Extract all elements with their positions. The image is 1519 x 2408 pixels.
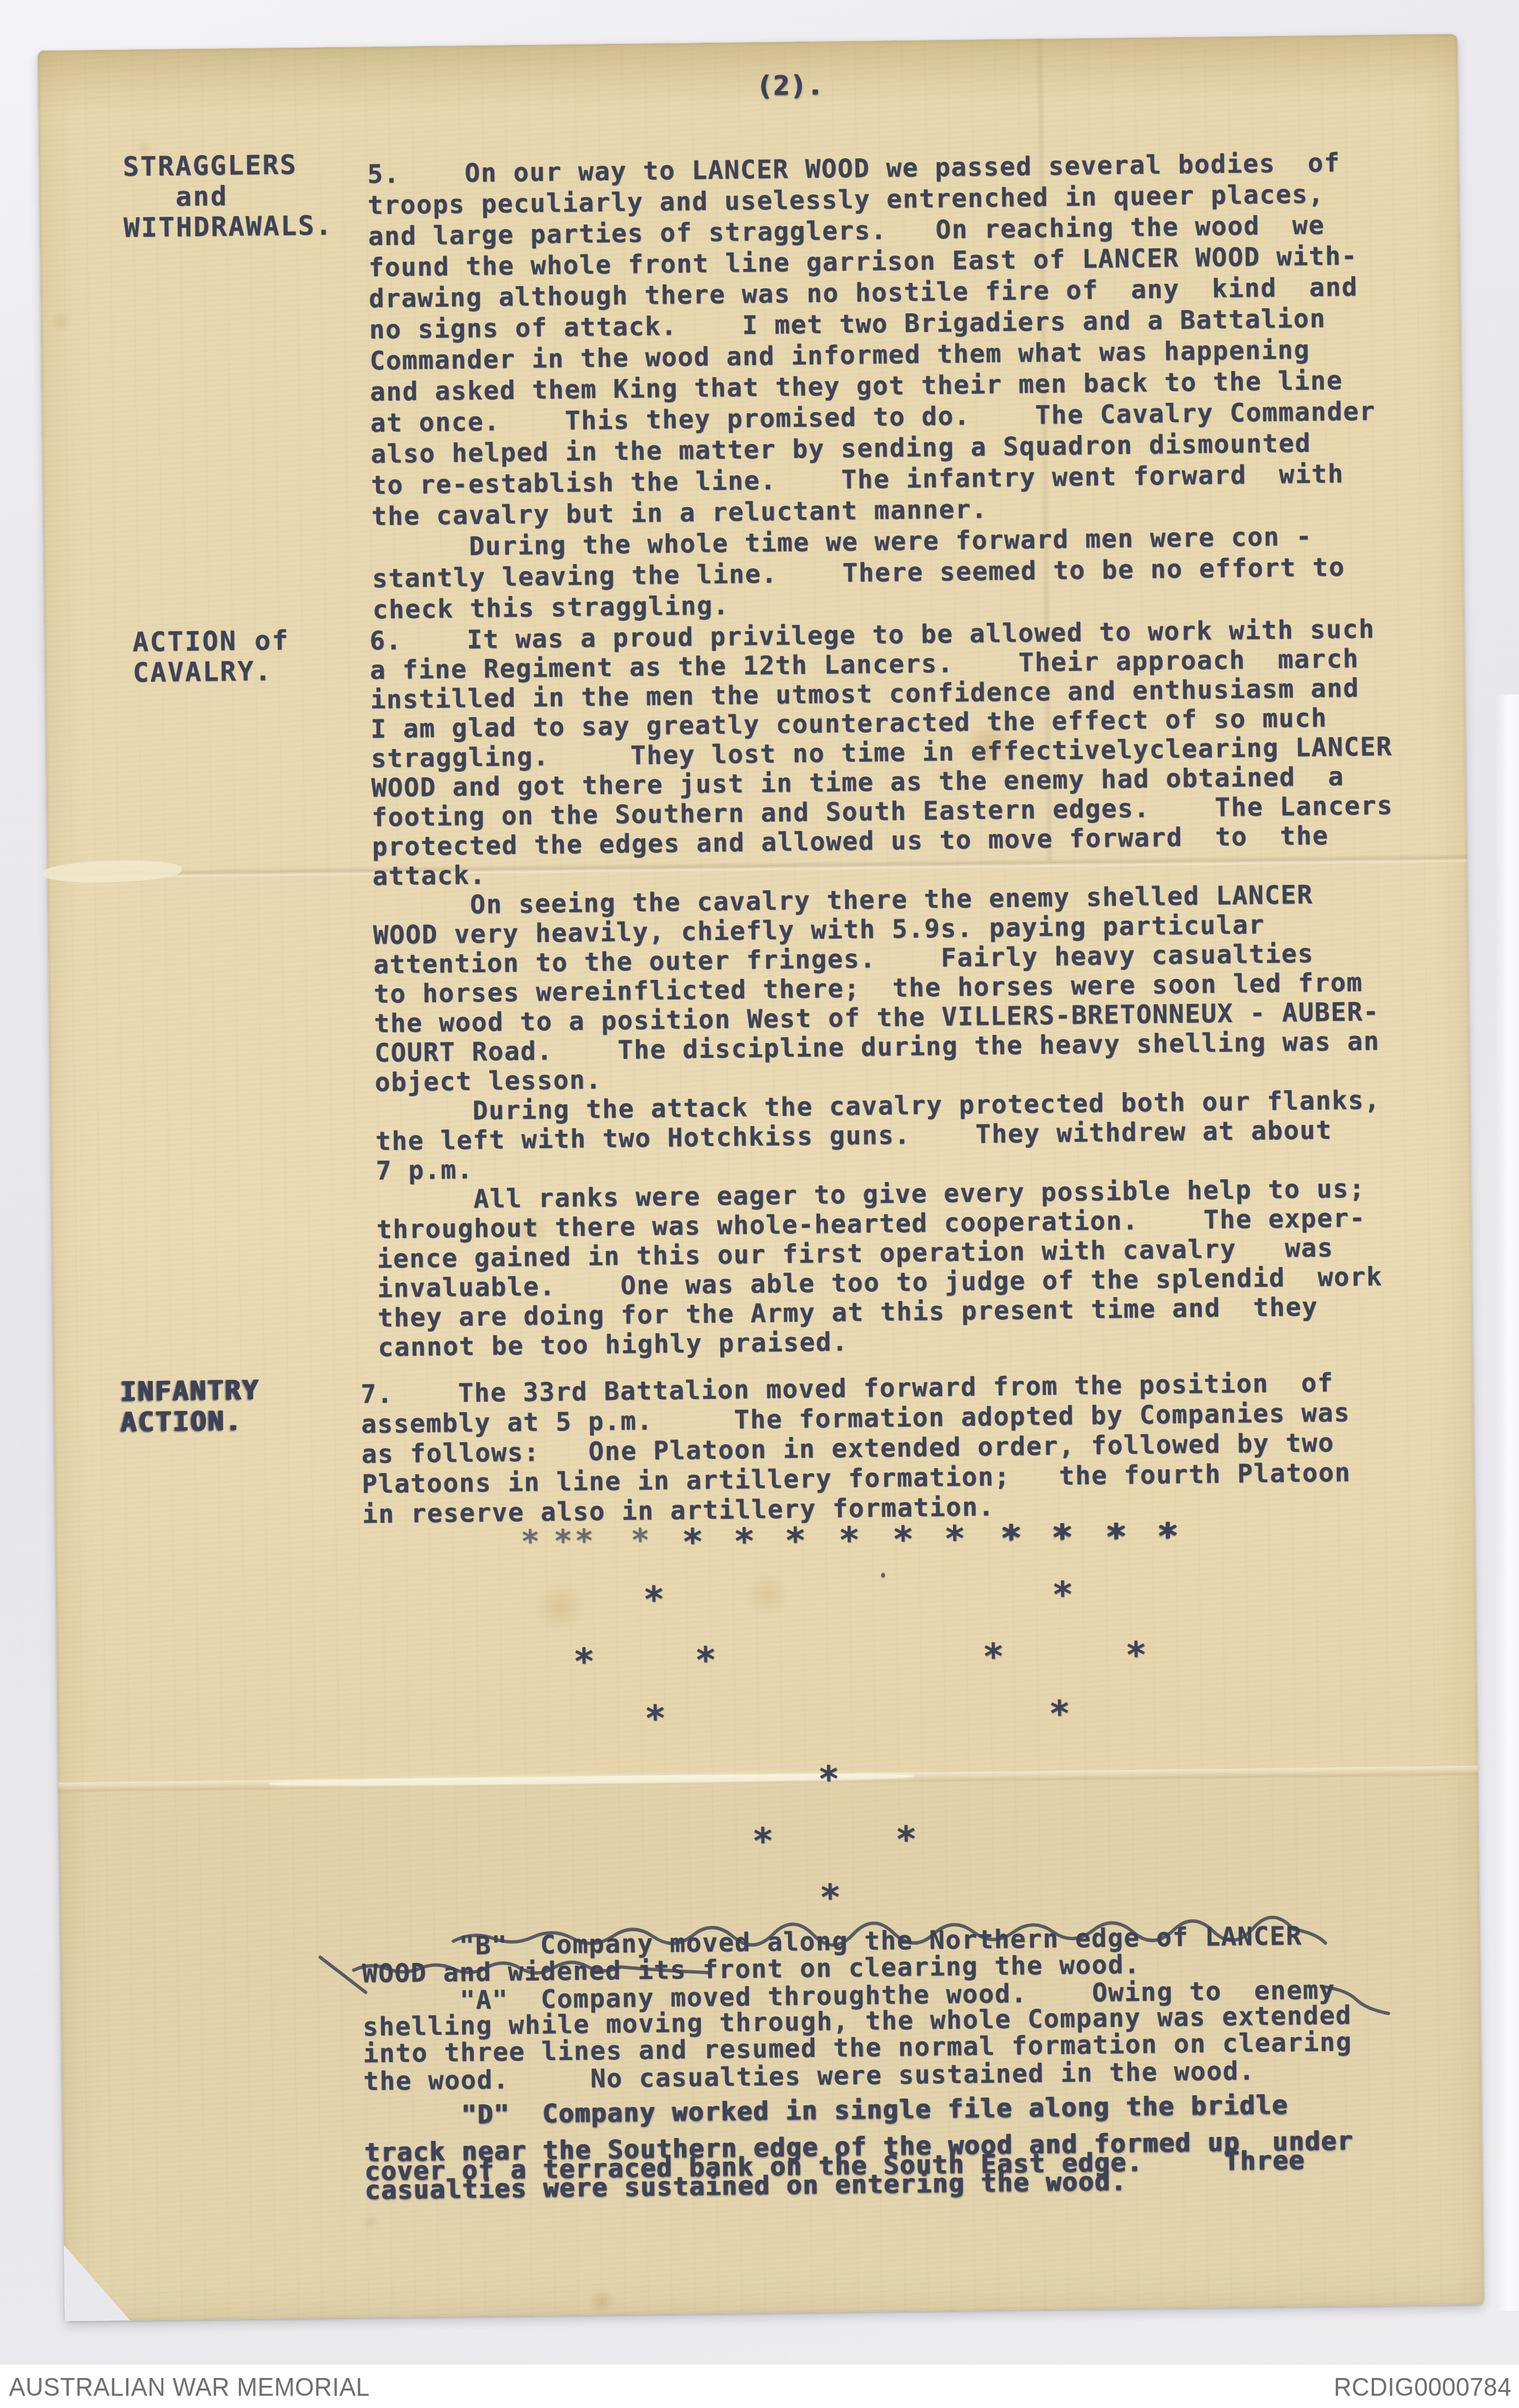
formation-asterisk-mark: * (643, 1582, 665, 1618)
footer-record-id: RCDIG0000784 (1333, 2371, 1511, 2402)
formation-asterisk-mark: * (695, 1643, 716, 1678)
footer-institution-label: AUSTRALIAN WAR MEMORIAL (9, 2371, 370, 2402)
formation-asterisk-mark: * (644, 1701, 666, 1736)
formation-asterisk-mark: * (573, 1644, 595, 1680)
formation-asterisk-mark: * (1125, 1638, 1147, 1673)
formation-asterisk-mark: * (752, 1824, 774, 1859)
formation-asterisk-mark: * (520, 1526, 539, 1558)
scanned-document-page: (2). STRAGGLERS andWITHDRAWALS.5. On our… (0, 0, 1519, 2408)
stain (535, 1581, 586, 1633)
formation-asterisk-mark: * (630, 1525, 649, 1556)
section-heading-line: INFANTRY (119, 1376, 259, 1406)
formation-asterisk-mark: * (784, 1523, 806, 1559)
formation-asterisk-mark: * (1105, 1519, 1126, 1555)
section-heading-line: and (123, 182, 228, 212)
formation-asterisk-mark: * (1000, 1520, 1021, 1556)
typed-line: 7 p.m. (376, 1156, 474, 1184)
stain (49, 311, 72, 333)
section-heading-line: ACTION of (132, 627, 289, 657)
formation-asterisk-mark: * (838, 1523, 860, 1558)
formation-asterisk-mark: * (818, 1761, 839, 1797)
fold-crease-upper (47, 854, 1467, 879)
formation-asterisk-mark: * (733, 1524, 755, 1559)
formation-asterisk-mark: * (574, 1526, 593, 1557)
formation-asterisk-mark: * (895, 1822, 917, 1858)
formation-asterisk-mark: * (1052, 1577, 1074, 1613)
page-number: (2). (756, 72, 824, 101)
section-heading-line: STRAGGLERS (123, 151, 298, 181)
formation-asterisk-mark: * (1156, 1519, 1178, 1554)
formation-asterisk-mark: * (892, 1522, 914, 1558)
fold-tear-left (43, 859, 182, 884)
stain (744, 1571, 789, 1616)
section-heading-line: ACTION. (120, 1407, 242, 1436)
section-heading-line: WITHDRAWALS. (123, 212, 333, 242)
footer-bar: AUSTRALIAN WAR MEMORIAL RCDIG0000784 (0, 2365, 1519, 2408)
typed-layer: STRAGGLERS andWITHDRAWALS.5. On our way … (38, 34, 1457, 51)
ink-speck (881, 1573, 885, 1578)
formation-asterisk-mark: * (553, 1526, 572, 1557)
typed-line: the cavalry but in a reluctant manner. (372, 495, 988, 529)
section-heading-line: CAVALRY. (133, 657, 273, 687)
formation-asterisk-mark: * (982, 1639, 1004, 1675)
typed-line: check this straggling. (373, 592, 730, 623)
typed-line: cannot be too highly praised. (378, 1328, 848, 1360)
scanner-edge-highlight (1496, 694, 1519, 2311)
formation-asterisk-mark: * (944, 1521, 965, 1557)
formation-asterisk-mark: * (1049, 1696, 1070, 1731)
formation-asterisk-mark: * (681, 1524, 703, 1560)
formation-asterisk-mark: * (1051, 1520, 1072, 1555)
formation-asterisk-mark: * (819, 1880, 841, 1915)
document-paper: (2). STRAGGLERS andWITHDRAWALS.5. On our… (38, 34, 1484, 2321)
stain (362, 2213, 379, 2231)
typed-line: attack. (372, 862, 486, 890)
typed-line: object lesson. (375, 1066, 602, 1095)
